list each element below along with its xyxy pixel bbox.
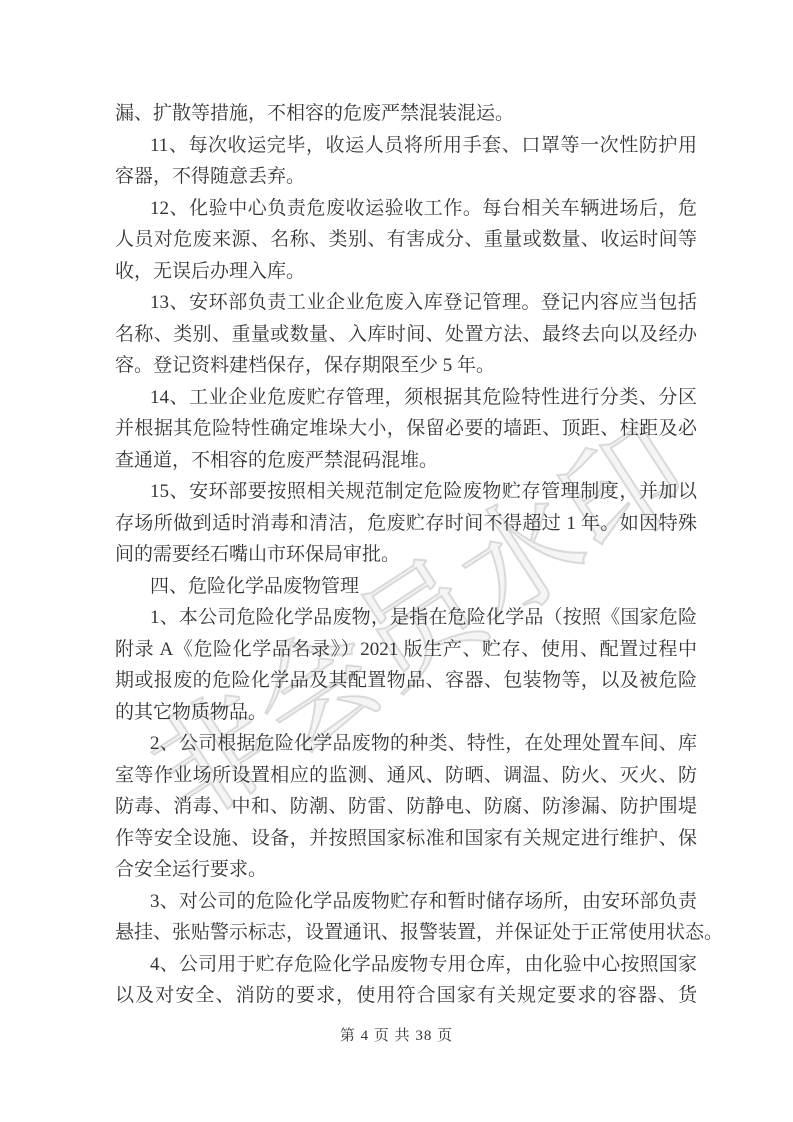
document-page: 非会员水印 漏、扩散等措施，不相容的危废严禁混装混运。11、每次收运完毕，收运人… xyxy=(0,0,793,1122)
text-line: 并根据其危险特性确定堆垛大小，保留必要的墙距、顶距、柱距及必要的防火检 xyxy=(115,413,697,445)
text-line: 11、每次收运完毕，收运人员将所用手套、口罩等一次性防护用品投入专用 xyxy=(115,130,697,162)
text-line: 存场所做到适时消毒和清洁，危废贮存时间不得超过 1 年。如因特殊原因超过时 xyxy=(115,508,697,540)
text-line: 15、安环部要按照相关规范制定危险废物贮存管理制度，并加以落实；对贮 xyxy=(115,476,697,508)
text-line: 附录 A《危险化学品名录》）2021 版生产、贮存、使用、配置过程中产生的过 xyxy=(115,634,697,666)
text-line: 3、对公司的危险化学品废物贮存和暂时储存场所，由安环部负责牵头落实 xyxy=(115,886,697,918)
text-line: 合安全运行要求。 xyxy=(115,854,697,886)
text-line: 的其它物质物品。 xyxy=(115,697,697,729)
text-line: 期或报废的危险化学品及其配置物品、容器、包装物等，以及被危险化学品污染 xyxy=(115,665,697,697)
text-line: 容器，不得随意丢弃。 xyxy=(115,161,697,193)
section-heading: 四、危险化学品废物管理 xyxy=(115,571,697,603)
text-line: 2、公司根据危险化学品废物的种类、特性，在处理处置车间、库房、化验 xyxy=(115,728,697,760)
text-line: 悬挂、张贴警示标志，设置通讯、报警装置，并保证处于正常使用状态。 xyxy=(115,917,697,949)
text-line: 13、安环部负责工业企业危废入库登记管理。登记内容应当包括废物来源、 xyxy=(115,287,697,319)
text-line: 以及对安全、消防的要求，使用符合国家有关规定要求的容器、货架、器具等进 xyxy=(115,980,697,1012)
text-line: 防毒、消毒、中和、防潮、防雷、防静电、防腐、防渗漏、防护围堤或者隔离操 xyxy=(115,791,697,823)
text-line: 间的需要经石嘴山市环保局审批。 xyxy=(115,539,697,571)
text-line: 作等安全设施、设备，并按照国家标准和国家有关规定进行维护、保养，保证符 xyxy=(115,823,697,855)
text-line: 漏、扩散等措施，不相容的危废严禁混装混运。 xyxy=(115,98,697,130)
text-line: 12、化验中心负责危废收运验收工作。每台相关车辆进场后，危险废物供销 xyxy=(115,193,697,225)
text-line: 查通道，不相容的危废严禁混码混堆。 xyxy=(115,445,697,477)
text-line: 容。登记资料建档保存，保存期限至少 5 年。 xyxy=(115,350,697,382)
page-footer: 第 4 页 共 38 页 xyxy=(0,1024,793,1045)
page-number-label: 第 4 页 共 38 页 xyxy=(340,1028,453,1044)
text-line: 4、公司用于贮存危险化学品废物专用仓库，由化验中心按照国家相关规范 xyxy=(115,949,697,981)
text-line: 收，无误后办理入库。 xyxy=(115,256,697,288)
document-body: 漏、扩散等措施，不相容的危废严禁混装混运。11、每次收运完毕，收运人员将所用手套… xyxy=(115,98,697,1012)
text-line: 1、本公司危险化学品废物，是指在危险化学品（按照《国家危险废物名录》 xyxy=(115,602,697,634)
text-line: 室等作业场所设置相应的监测、通风、防晒、调温、防火、灭火、防爆、泄压、 xyxy=(115,760,697,792)
text-line: 人员对危废来源、名称、类别、有害成分、重量或数量、收运时间等进行核对验 xyxy=(115,224,697,256)
text-line: 14、工业企业危废贮存管理，须根据其危险特性进行分类、分区或分库贮存， xyxy=(115,382,697,414)
text-line: 名称、类别、重量或数量、入库时间、处置方法、最终去向以及经办人签名等内 xyxy=(115,319,697,351)
